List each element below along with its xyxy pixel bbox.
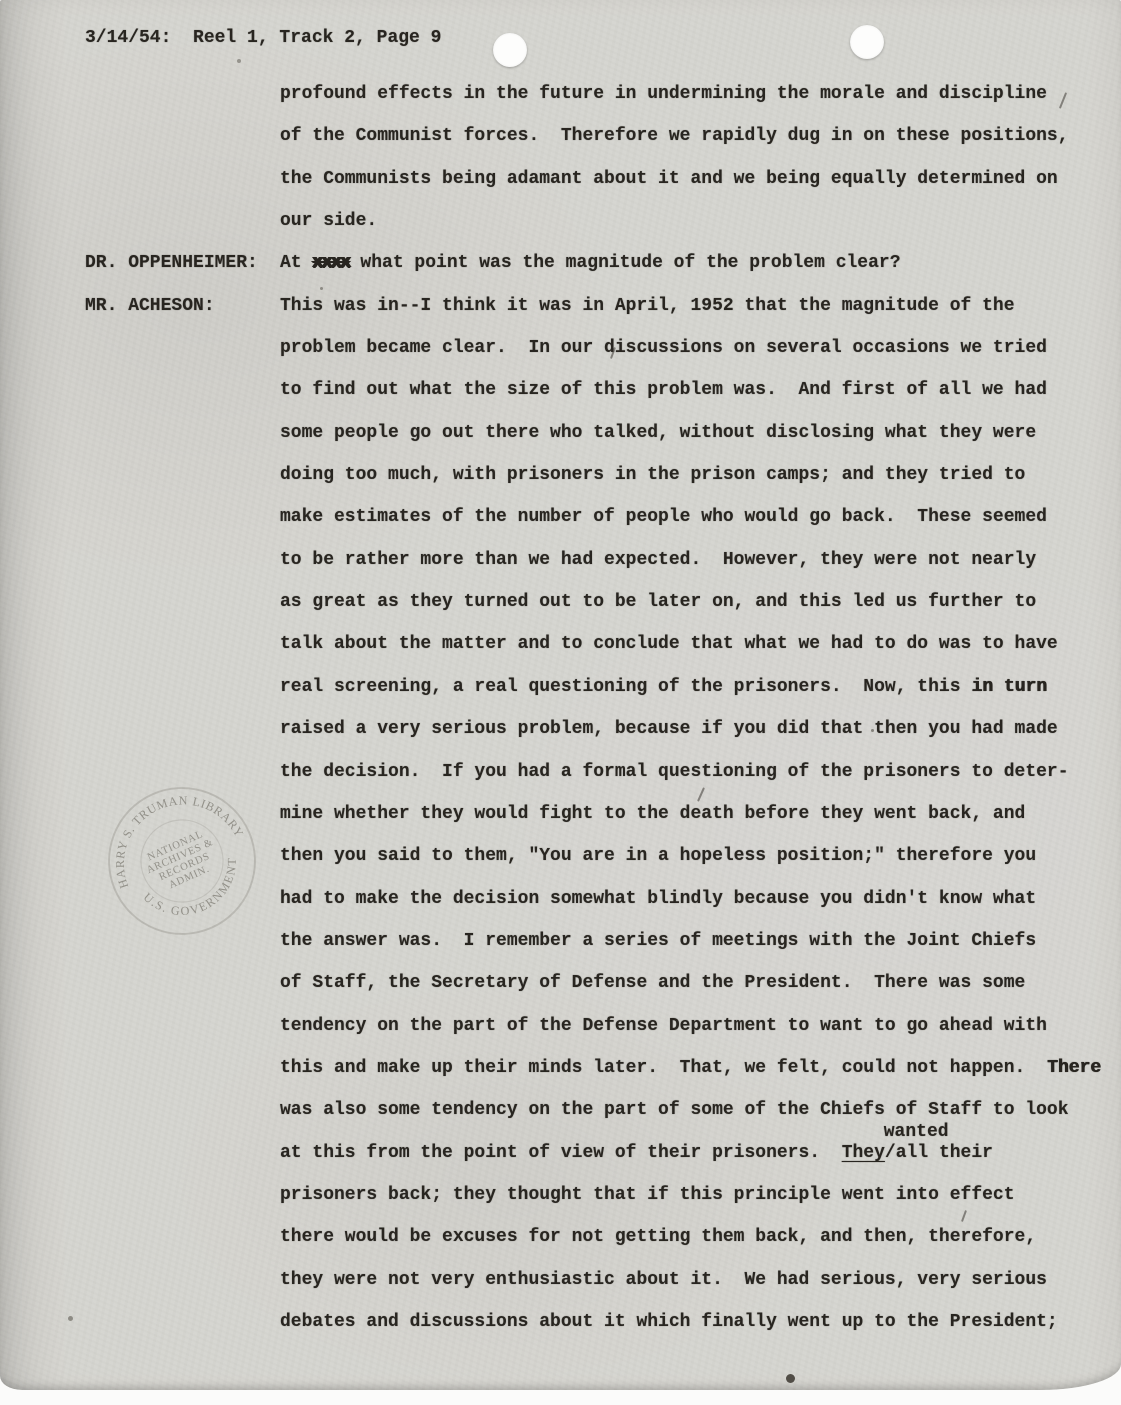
text-run: profound effects in the future in underm… — [280, 84, 1047, 104]
line-text: there would be excuses for not getting t… — [280, 1227, 1036, 1247]
speaker-label: DR. OPPENHEIMER: — [85, 253, 258, 273]
line-text: real screening, a real questioning of th… — [280, 677, 1047, 697]
transcript-line: profound effects in the future in underm… — [85, 74, 1115, 116]
text-run: the answer was. I remember a series of m… — [280, 931, 1036, 951]
text-run: talk about the matter and to conclude th… — [280, 634, 1058, 654]
transcript-line: of the Communist forces. Therefore we ra… — [85, 116, 1115, 158]
text-run: / — [885, 1143, 896, 1163]
line-text: had to make the decision somewhat blindl… — [280, 889, 1036, 909]
transcript-line: this and make up their minds later. That… — [85, 1048, 1115, 1090]
line-text: mine whether they would fight to the dea… — [280, 804, 1025, 824]
scan-speck — [237, 59, 241, 63]
transcript-line: the decision. If you had a formal questi… — [85, 752, 1115, 794]
text-run: real screening, a real questioning of th… — [280, 677, 971, 697]
transcript-line: talk about the matter and to conclude th… — [85, 624, 1115, 666]
text-run: to find out what the size of this proble… — [280, 380, 1047, 400]
text-run: then you said to them, "You are in a hop… — [280, 846, 1036, 866]
transcript-line: our side. — [85, 201, 1115, 243]
scan-speck — [320, 287, 323, 290]
transcript-line: the answer was. I remember a series of m… — [85, 921, 1115, 963]
page-header: 3/14/54: Reel 1, Track 2, Page 9 — [85, 28, 441, 48]
text-run: some people go out there who talked, wit… — [280, 423, 1036, 443]
text-run: what point was the magnitude of the prob… — [350, 253, 901, 273]
transcript-line: doing too much, with prisoners in the pr… — [85, 455, 1115, 497]
transcript-line: tendency on the part of the Defense Depa… — [85, 1006, 1115, 1048]
line-text: at this from the point of view of their … — [280, 1143, 993, 1163]
text-run: tendency on the part of the Defense Depa… — [280, 1016, 1047, 1036]
transcript-line: was also some tendency on the part of so… — [85, 1090, 1115, 1132]
transcript-line: DR. OPPENHEIMER:At xxxx what point was t… — [85, 243, 1115, 285]
inserted-word: wanted — [884, 1122, 949, 1142]
transcript-line: of Staff, the Secretary of Defense and t… — [85, 963, 1115, 1005]
text-run: raised a very serious problem, because i… — [280, 719, 1058, 739]
transcript-line: problem became clear. In our discussions… — [85, 328, 1115, 370]
punch-hole — [493, 33, 527, 67]
transcript-line: raised a very serious problem, because i… — [85, 709, 1115, 751]
transcript-line: make estimates of the number of people w… — [85, 497, 1115, 539]
scan-speck — [786, 1374, 795, 1383]
line-text: problem became clear. In our discussions… — [280, 338, 1047, 358]
scan-speck — [68, 1316, 73, 1321]
line-text: talk about the matter and to conclude th… — [280, 634, 1058, 654]
transcript-line: they were not very enthusiastic about it… — [85, 1260, 1115, 1302]
transcript-line: to be rather more than we had expected. … — [85, 540, 1115, 582]
text-run: This was in--I think it was in April, 19… — [280, 296, 1015, 316]
text-run: make estimates of the number of people w… — [280, 507, 1047, 527]
text-run: At — [280, 253, 312, 273]
line-text: they were not very enthusiastic about it… — [280, 1270, 1047, 1290]
text-run: as great as they turned out to be later … — [280, 592, 1036, 612]
text-run: prisoners back; they thought that if thi… — [280, 1185, 1015, 1205]
line-text: debates and discussions about it which f… — [280, 1312, 1058, 1332]
scan-speck — [871, 729, 874, 732]
line-text: of Staff, the Secretary of Defense and t… — [280, 973, 1025, 993]
text-run: mine whether they would fight to the dea… — [280, 804, 1025, 824]
text-run: had to make the decision somewhat blindl… — [280, 889, 1036, 909]
line-text: profound effects in the future in underm… — [280, 84, 1047, 104]
line-text: tendency on the part of the Defense Depa… — [280, 1016, 1047, 1036]
text-run: all their — [896, 1143, 993, 1163]
text-run: this and make up their minds later. That… — [280, 1058, 1047, 1078]
text-run: doing too much, with prisoners in the pr… — [280, 465, 1025, 485]
struck-word: xxxx — [312, 253, 349, 273]
line-text: the decision. If you had a formal questi… — [280, 762, 1069, 782]
line-text: the Communists being adamant about it an… — [280, 169, 1058, 189]
line-text: the answer was. I remember a series of m… — [280, 931, 1036, 951]
line-text: was also some tendency on the part of so… — [280, 1100, 1069, 1120]
transcript-line: as great as they turned out to be later … — [85, 582, 1115, 624]
scanned-document: { "header": { "text": "3/14/54: Reel 1, … — [0, 0, 1121, 1405]
text-run: there would be excuses for not getting t… — [280, 1227, 1036, 1247]
text-run: at this from the point of view of their … — [280, 1143, 842, 1163]
line-text: prisoners back; they thought that if thi… — [280, 1185, 1015, 1205]
transcript-line: prisoners back; they thought that if thi… — [85, 1175, 1115, 1217]
text-run: to be rather more than we had expected. … — [280, 550, 1036, 570]
text-run: of Staff, the Secretary of Defense and t… — [280, 973, 1025, 993]
line-text: of the Communist forces. Therefore we ra… — [280, 126, 1069, 146]
text-run: the Communists being adamant about it an… — [280, 169, 1058, 189]
overstruck-text: There — [1047, 1058, 1101, 1078]
transcript-line: the Communists being adamant about it an… — [85, 159, 1115, 201]
transcript-line: real screening, a real questioning of th… — [85, 667, 1115, 709]
text-run: was also some tendency on the part of so… — [280, 1100, 1069, 1120]
text-run: problem became clear. In our discussions… — [280, 338, 1047, 358]
line-text: some people go out there who talked, wit… — [280, 423, 1036, 443]
line-text: doing too much, with prisoners in the pr… — [280, 465, 1025, 485]
overstruck-text: in turn — [971, 677, 1047, 697]
speaker-label: MR. ACHESON: — [85, 296, 215, 316]
line-text: as great as they turned out to be later … — [280, 592, 1036, 612]
line-text: make estimates of the number of people w… — [280, 507, 1047, 527]
transcript-line: there would be excuses for not getting t… — [85, 1217, 1115, 1259]
line-text: This was in--I think it was in April, 19… — [280, 296, 1015, 316]
transcript-line: MR. ACHESON:This was in--I think it was … — [85, 286, 1115, 328]
underlined-word: They — [842, 1143, 885, 1163]
text-run: the decision. If you had a formal questi… — [280, 762, 1069, 782]
transcript-body: profound effects in the future in underm… — [85, 74, 1115, 1344]
text-run: debates and discussions about it which f… — [280, 1312, 1058, 1332]
text-run: of the Communist forces. Therefore we ra… — [280, 126, 1069, 146]
transcript-line: debates and discussions about it which f… — [85, 1302, 1115, 1344]
line-text: this and make up their minds later. That… — [280, 1058, 1101, 1078]
line-text: to be rather more than we had expected. … — [280, 550, 1036, 570]
punch-hole — [850, 25, 884, 59]
transcript-line: some people go out there who talked, wit… — [85, 413, 1115, 455]
text-run: our side. — [280, 211, 377, 231]
line-text: to find out what the size of this proble… — [280, 380, 1047, 400]
transcript-line: at this from the point of view of their … — [85, 1133, 1115, 1175]
line-text: our side. — [280, 211, 377, 231]
transcript-line: to find out what the size of this proble… — [85, 370, 1115, 412]
line-text: At xxxx what point was the magnitude of … — [280, 253, 901, 273]
line-text: raised a very serious problem, because i… — [280, 719, 1058, 739]
text-run: they were not very enthusiastic about it… — [280, 1270, 1047, 1290]
line-text: then you said to them, "You are in a hop… — [280, 846, 1036, 866]
